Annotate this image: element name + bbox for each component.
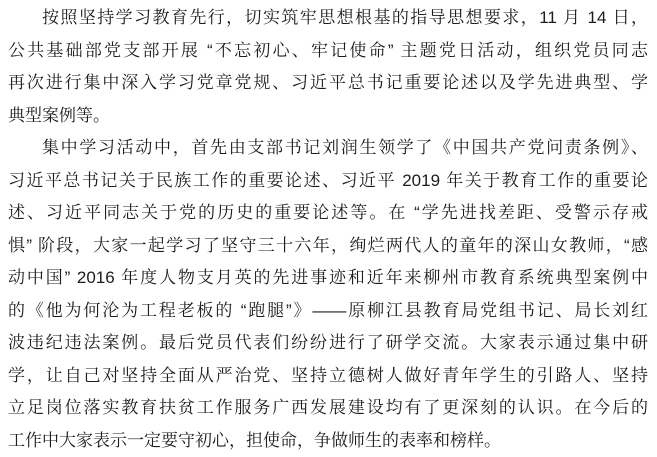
text-line: 波违纪违法案例。最后党员代表们纷纷进行了研学交流。大家表示通过集中研	[8, 327, 648, 360]
paragraph-2: 集中学习活动中，首先由支部书记刘润生领学了《中国共产党问责条例》、 习近平总书记…	[8, 132, 648, 457]
text-line: 立足岗位落实教育扶贫工作服务广西发展建设均有了更深刻的认识。在今后的	[8, 392, 648, 425]
text-line: 工作中大家表示一定要守初心，担使命，争做师生的表率和榜样。	[8, 425, 648, 457]
text-line: 集中学习活动中，首先由支部书记刘润生领学了《中国共产党问责条例》、	[8, 132, 648, 165]
text-line: 动中国” 2016 年度人物支月英的先进事迹和近年来柳州市教育系统典型案例中	[8, 262, 648, 295]
document-page: 按照坚持学习教育先行，切实筑牢思想根基的指导思想要求，11 月 14 日， 公共…	[0, 0, 657, 457]
text-line: 惧” 阶段，大家一起学习了坚守三十六年，绚烂两代人的童年的深山女教师，“感	[8, 230, 648, 263]
text-line: 习近平总书记关于民族工作的重要论述、习近平 2019 年关于教育工作的重要论	[8, 165, 648, 198]
text-line: 的《他为何沦为工程老板的 “跑腿”》——原柳江县教育局党组书记、局长刘红	[8, 295, 648, 328]
text-line: 典型案例等。	[8, 100, 648, 133]
text-line: 再次进行集中深入学习党章党规、习近平总书记重要论述以及学先进典型、学	[8, 67, 648, 100]
text-line: 公共基础部党支部开展 “不忘初心、牢记使命” 主题党日活动，组织党员同志	[8, 35, 648, 68]
text-line: 按照坚持学习教育先行，切实筑牢思想根基的指导思想要求，11 月 14 日，	[8, 2, 648, 35]
text-line: 学，让自己对坚持全面从严治党、坚持立德树人做好青年学生的引路人、坚持	[8, 360, 648, 393]
paragraph-1: 按照坚持学习教育先行，切实筑牢思想根基的指导思想要求，11 月 14 日， 公共…	[8, 2, 648, 132]
text-line: 述、习近平同志关于党的历史的重要论述等。在 “学先进找差距、受警示存戒	[8, 197, 648, 230]
